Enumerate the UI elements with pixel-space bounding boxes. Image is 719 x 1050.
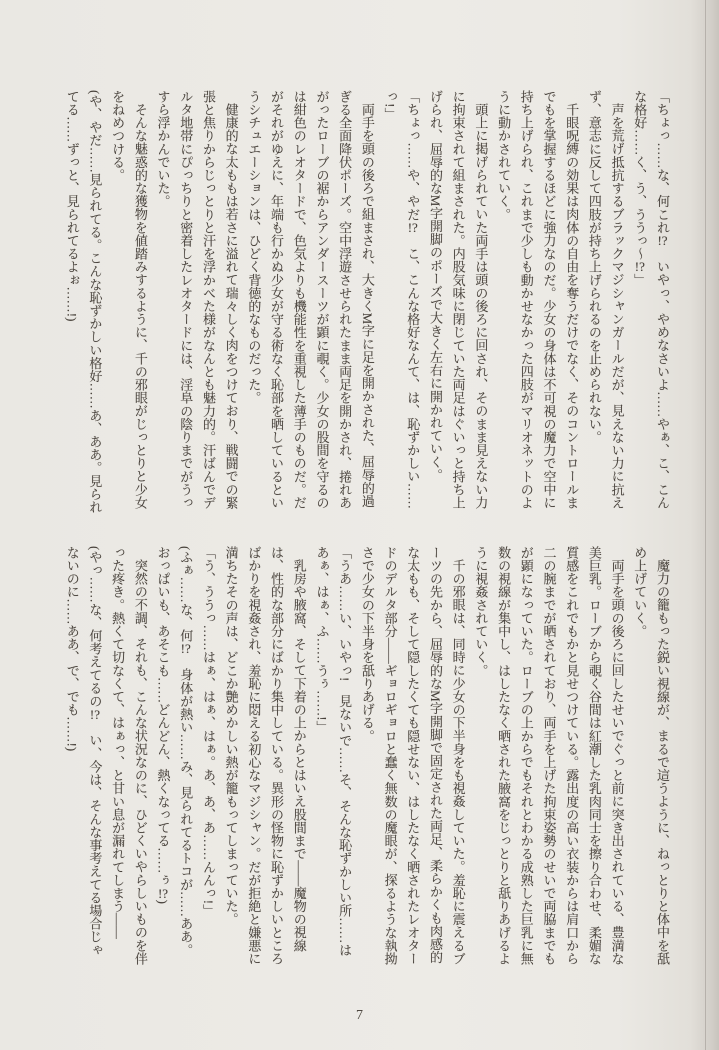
paragraph-thought: (ふぁ……な、何!? 身体が熱い……み、見られてるトコが……ああ。おっぱいも、あ… — [151, 546, 196, 966]
paragraph-dialogue: 「ちょっ……な、何これ!? いやっ、やめなさいよ……やぁ、こ、こんな格好……く、… — [628, 90, 673, 516]
paragraph-narration: そんな魅惑的な獲物を値踏みするように、千の邪眼がじっとりと少女をねめつける。 — [105, 90, 150, 516]
paragraph-narration: 健康的な太ももは若さに溢れて瑞々しく肉をつけており、戦闘での緊張と焦りからじっと… — [151, 90, 242, 516]
paragraph-narration: 両手を頭の後ろで組まされ、大きくM字に足を開かされた、屈辱的過ぎる全面降伏ポーズ… — [242, 90, 378, 516]
paragraph-narration: 千眼呪縛の効果は肉体の自由を奪うだけでなく、そのコントロールまでもを掌握するほど… — [491, 90, 582, 516]
paragraph-narration: 突然の不調、それも、こんな状況なのに、ひどくいやらしいものを伴った疼き。熱くて切… — [105, 546, 150, 966]
paragraph-narration: 頭上に掲げられていた両手は頭の後ろに回され、そのまま見えない力に拘束されて組まさ… — [423, 90, 491, 516]
paragraph-narration: 千の邪眼は、同時に少女の下半身をも視姦していた。羞恥に震えるブーツの先から、屈辱… — [355, 546, 469, 966]
paragraph-thought: (やっ……な、何考えてるの!? い、今は、そんな事考えてる場合じゃないのに……あ… — [60, 546, 105, 966]
paragraph-dialogue: 「うあ……い、いやっ! 見ないで……そ、そんな恥ずかしい所……はあぁ、はぁ、ふ…… — [310, 546, 355, 966]
paragraph-thought: (や、やだ……見られてる。こんな恥ずかしい格好……あ、ああ。見られてる……ずっと… — [60, 90, 105, 516]
paragraph-narration: 両手を頭の後ろに回したせいでぐっと前に突き出されている、豊満な美巨乳。ローブから… — [469, 546, 628, 966]
page-gutter-shadow — [705, 0, 706, 1050]
vertical-text-block-bottom: 魔力の籠もった鋭い視線が、まるで這うように、ねっとりと体中を舐め上げていく。両手… — [60, 546, 673, 966]
paragraph-narration: 声を荒げ抵抗するブラックマジシャンガールだが、見えない力に抗えず、意志に反して四… — [582, 90, 627, 516]
vertical-text-block-top: 「ちょっ……な、何これ!? いやっ、やめなさいよ……やぁ、こ、こんな格好……く、… — [60, 90, 673, 516]
paragraph-dialogue: 「ちょっ……や、やだ!? こ、こんな格好なんて、は、恥ずかしい……っ!」 — [378, 90, 423, 516]
scanned-page: 「ちょっ……な、何これ!? いやっ、やめなさいよ……やぁ、こ、こんな格好……く、… — [0, 0, 719, 1050]
page-number: 7 — [0, 1008, 719, 1024]
paragraph-dialogue: 「う、ううっ……はぁ、はぁ、はぁ。あ、あ、あ……んんっ!」 — [196, 546, 219, 966]
paragraph-narration: 乳房や腋窩、そして下着の上からとはいえ股間まで——魔物の視線は、性的な部分にばか… — [219, 546, 310, 966]
paragraph-narration: 魔力の籠もった鋭い視線が、まるで這うように、ねっとりと体中を舐め上げていく。 — [628, 546, 673, 966]
